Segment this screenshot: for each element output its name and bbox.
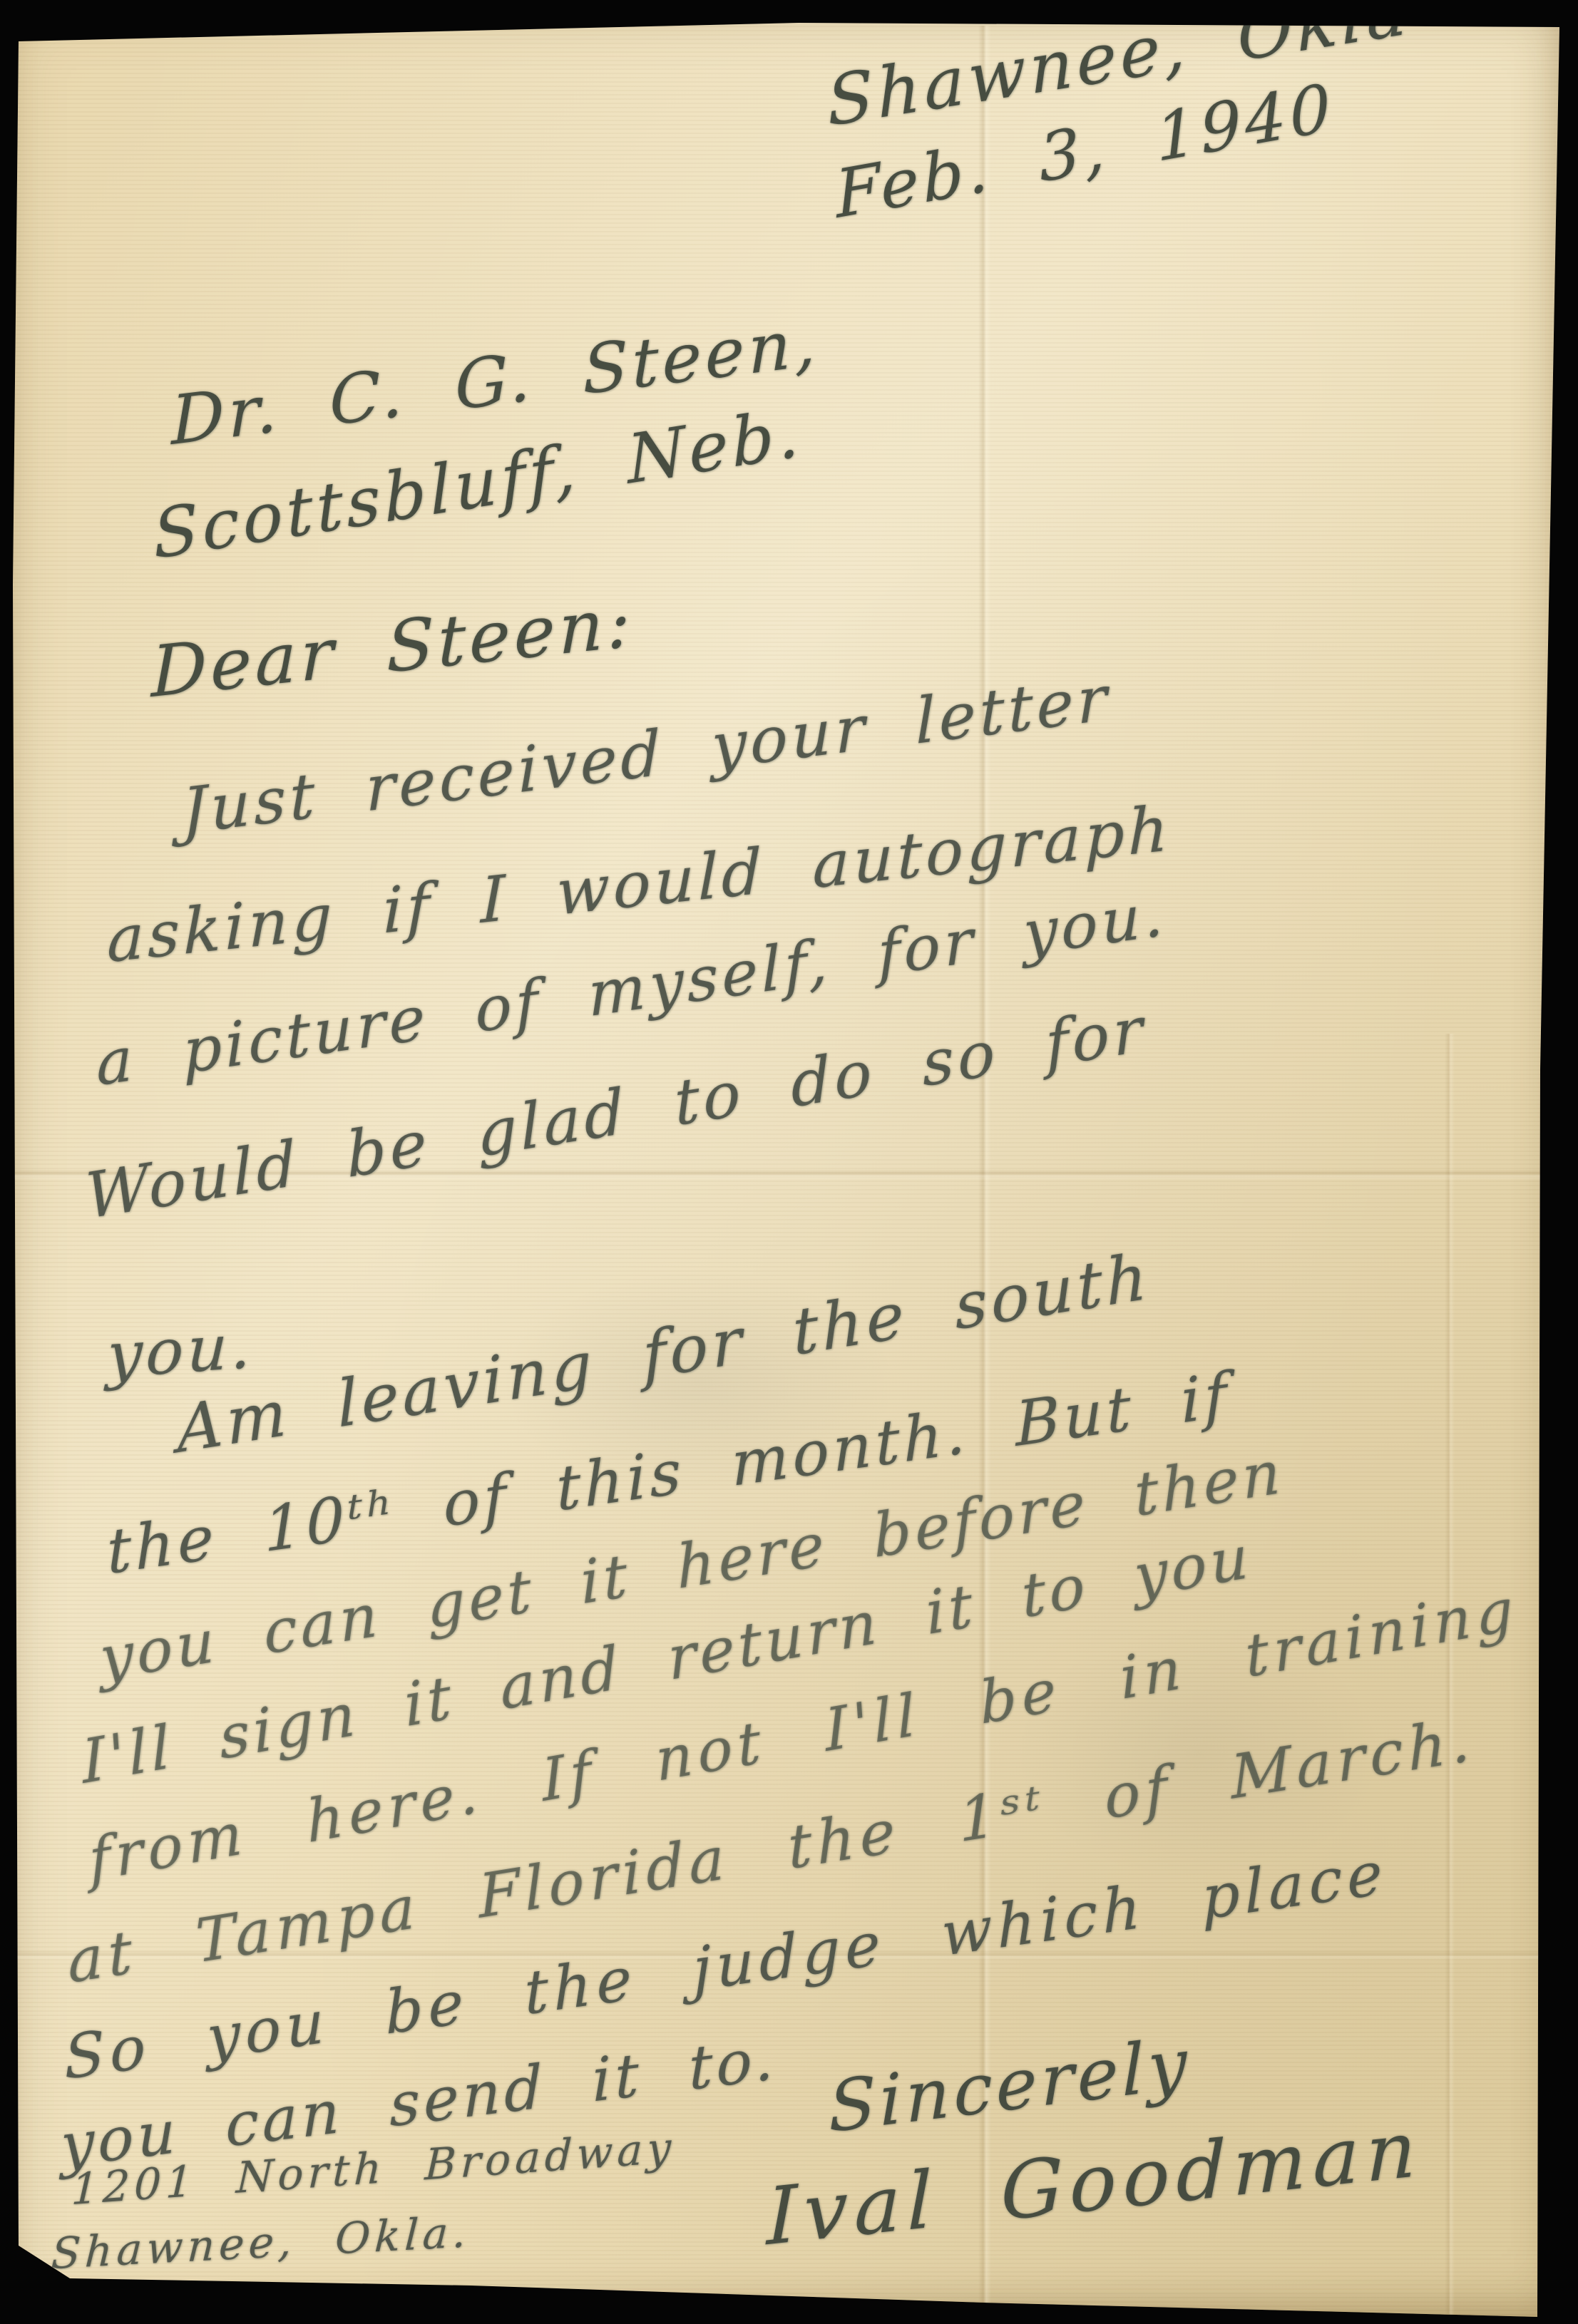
- letter-paper: Shawnee, Okla Feb. 3, 1940 Dr. C. G. Ste…: [0, 0, 1578, 2324]
- fold-crease-vertical: [978, 26, 991, 2315]
- fold-crease-vertical-right: [1445, 1034, 1455, 2317]
- return-address-city: Shawnee, Okla.: [50, 2211, 471, 2276]
- salutation: Dear Steen:: [151, 587, 634, 709]
- body-line: you.: [106, 1314, 255, 1387]
- scanner-background: Shawnee, Okla Feb. 3, 1940 Dr. C. G. Ste…: [0, 0, 1578, 2324]
- closing: Sincerely: [828, 2028, 1191, 2143]
